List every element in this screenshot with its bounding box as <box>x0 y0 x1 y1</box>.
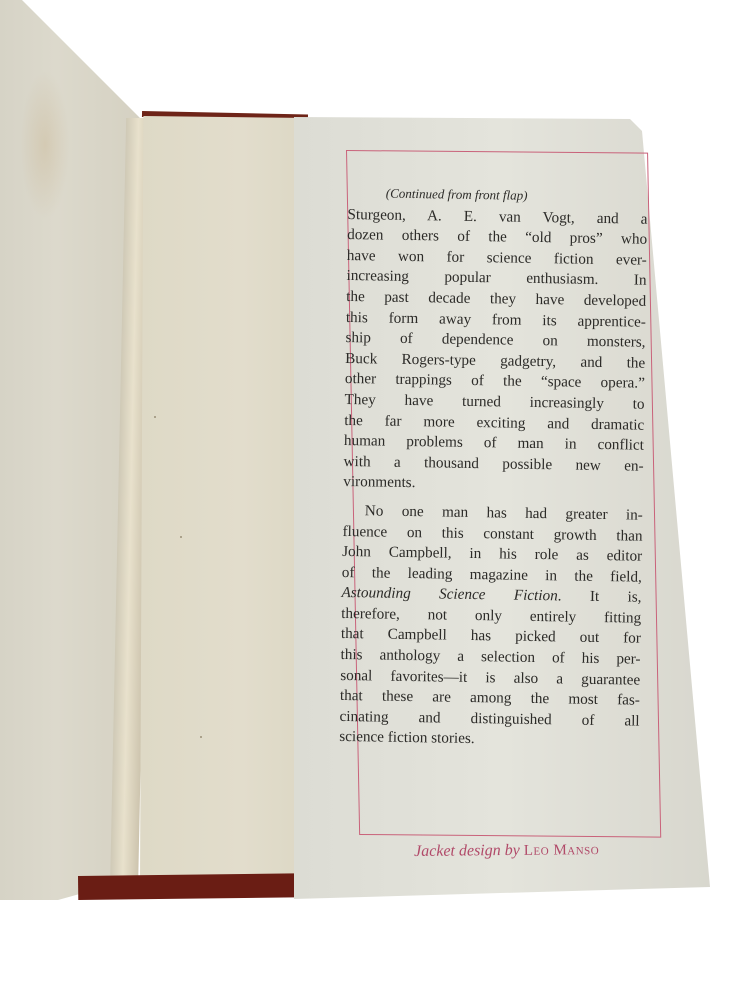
credit-prefix: Jacket design by <box>414 842 520 860</box>
jacket-design-credit: Jacket design by Leo Manso <box>414 841 599 861</box>
magazine-title: Astounding Science Fiction <box>341 584 557 604</box>
endpaper <box>140 116 310 880</box>
speck <box>200 736 202 738</box>
speck <box>154 416 156 418</box>
designer-name: Leo Manso <box>524 842 600 859</box>
flap-copy: (Continued from front flap) Sturgeon, A.… <box>339 183 648 753</box>
cover-board-bottom-edge <box>78 873 294 900</box>
page-stain <box>20 70 70 220</box>
speck <box>180 536 182 538</box>
book-photo: (Continued from front flap) Sturgeon, A.… <box>0 0 750 1000</box>
flap-line-rest: . It is, <box>558 588 642 606</box>
